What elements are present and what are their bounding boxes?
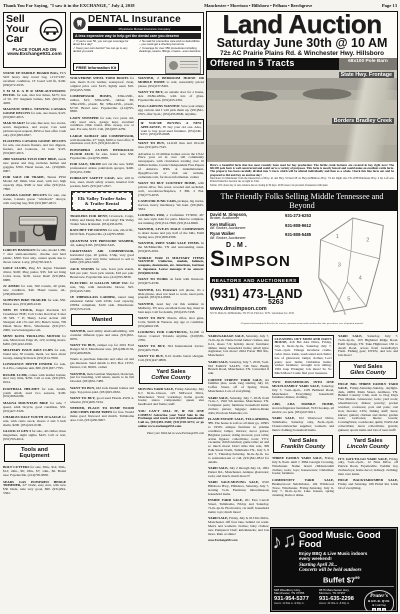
agent-row: Ryan WalkerAff. Broker, Auctioneer931-80… (210, 232, 311, 240)
classified-ad: 9 M M K A H R SEMI-AUTOMATIC PISTOL for … (3, 90, 66, 105)
ad-lead: LOOKING FOR, (138, 213, 165, 217)
tracts-banner: Offered in 5 Tracts 68x100 Pole Barn (207, 58, 397, 70)
auction-datetime: Saturday June 30th @ 10 AM (207, 37, 397, 50)
elk-valley-boxed-ad: Elk Valley Trailer Sales& Trailer Rental (71, 191, 133, 211)
creek-label: Borders Bradley Creek (332, 118, 394, 124)
classified-ad: WANTED, LIVE-IN MALE COMPANION to share … (138, 228, 204, 240)
ad-lead: YARD SALE, (208, 396, 228, 400)
ad-lead: STAND UP PADDLE BOARD BAG, (3, 71, 59, 75)
ad-lead: CRAFTSMAN AIR COMPRESSOR, (70, 249, 134, 253)
masthead-slogan: Thank You For Saying, "I saw it in the E… (3, 3, 135, 8)
classified-column-2: WOLVERINE STEEL TOED BOOTS for sale, men… (70, 12, 134, 612)
section-header-line2: Coffee County (140, 375, 202, 381)
ad-lead: SEARS GAS POWERED HEDGE TRIMMER, (3, 480, 66, 488)
classified-ad: SCHWINN BIKE TRAILER for sale, $50. Elkt… (3, 299, 66, 307)
social-icon-f: f (372, 608, 376, 612)
classified-ad: LAWN SWEEPER for sale, two years old, on… (70, 117, 134, 132)
classified-ad: LOOKING FOR CAR/TRUCK, $1,000 or below. … (138, 331, 204, 343)
ad-lead: WANTED, LG Extravert (138, 288, 177, 292)
classified-ad: YOU CAN'T SELL IT, IF NO ONE COMES! Adve… (138, 410, 204, 429)
svg-text:5: 5 (347, 297, 350, 303)
classified-ad: TWO HOUSEHOLDS INTO ONE MULTI-FAMILY YAR… (272, 381, 334, 400)
ad-lead: YOU CAN'T SELL IT, IF NO ONE COMES! (138, 409, 204, 417)
agent-phone: 931-808-5485 (285, 232, 311, 240)
coverage-areas: Manchester • Morrison • Hillsboro • Pelh… (204, 3, 312, 8)
ad-lead: IF YOU'RE BUYING A NEW APPLIANCE, (141, 121, 202, 129)
section-header: Yard SalesLincoln County (339, 435, 397, 453)
classified-ad: YARD SALE, 102 Westwood Drive, Tullahoma… (272, 417, 334, 432)
classified-ad: Advertise to 10 million homes across the… (138, 153, 204, 180)
ad-lead: WANTED, (70, 372, 86, 376)
classified-ad: RUGER LC380, comes with leather holster,… (3, 374, 66, 386)
agent-phone: 931-273-6253 (285, 213, 311, 221)
farm-photo: State Hwy. Frontage Borders Bradley Cree… (207, 70, 397, 162)
agent-info: Ryan WalkerAff. Broker, Auctioneer (210, 232, 246, 240)
classified-ad: YARD SALE, Saturday, July 7, 2018, 7a.m.… (208, 361, 269, 376)
social-icon-I: I (382, 608, 386, 612)
ad-lead: WANT TO BUY, (70, 343, 96, 347)
ad-lead: BOLT CUTTERS (3, 465, 29, 469)
ad-lead: RATCHET TIE DOWNS (70, 228, 107, 232)
classified-ad: WANT TO BUY, 504 International tractor. … (138, 345, 204, 353)
classified-ad: POWERPRO 2.5-TON HYDRAULIC FLOOR JACK fo… (70, 149, 134, 161)
classified-column-3: WANTED, 2 BEDROOM HOUSE OR MOBILE HOME t… (138, 12, 204, 612)
agent-row: Ken MullicanAff. Broker, Auctioneer931-8… (210, 223, 311, 231)
classified-ad: WANT TO BUY, 8-10 double barrel shotgun.… (138, 355, 204, 363)
ad-lead: YARD SALE, (208, 516, 228, 520)
ad-lead: COFFEE STREET YARD SALE, (208, 378, 262, 382)
classified-ad: LOWRANCE DEPTH FINDER for sale, X-4 Pro,… (3, 363, 66, 371)
section-header: Yard SalesFranklin County (273, 435, 333, 453)
ad-lead: YARD SALE, (272, 416, 295, 420)
ad-lead: WANT TO BUY, (138, 141, 165, 145)
classified-ad: FOR SALE OR TRADE, Taurus PT92 Model AF,… (3, 176, 66, 191)
auction-disclaimer: All printed information believed to be c… (207, 321, 397, 326)
ad-lead: TWO HOUSEHOLDS INTO ONE MULTI-FAMILY YAR… (272, 380, 334, 388)
music-notes-icon: ♪♫ (270, 530, 302, 586)
ad-lead: COMMUNITY YARD SALE, (272, 478, 334, 482)
ad-lead: WANTED, 2 BEDROOM HOUSE OR MOBILE HOME (138, 76, 204, 84)
ad-lead: MOVING YARD SALE, (138, 387, 174, 391)
social-icon-t: t (377, 608, 381, 612)
classified-ad: WANT TO BUY: Pistols, rifles, shot guns,… (138, 317, 204, 329)
classified-ad: WANTED, LG Extravert cell phone, it's a … (138, 289, 204, 301)
classified-ad: IF YOU'RE BUYING A NEW APPLIANCE, I'll b… (138, 119, 204, 139)
classified-ad: MOVING YARD SALE, Friday-Saturday, July … (138, 388, 204, 407)
bbq-ad-subtitle: Enjoy BBQ & Live Music indoors every wee… (299, 551, 379, 561)
agent-title: Broker, Auctioneer (210, 217, 247, 221)
classified-ad: STAND UP PADDLE BOARD BAG, FCS SUP heavy… (3, 72, 66, 87)
ad-lead: 2-BD, 2-BA MOBILE HOME, (272, 402, 334, 406)
section-header: Wanted (71, 314, 133, 326)
agent-list: David M. Simpson,Broker, Auctioneer931-2… (210, 213, 311, 241)
ad-lead: WANT TO BUY COUNTRY HOME, (138, 181, 196, 185)
firm-phone: (931) 473-LAND (210, 288, 311, 301)
ad-lead: ELECTRIC 12 GALLON SHOP VAC (70, 281, 128, 285)
firm-logo-name: SIMPSON (210, 249, 311, 269)
classified-ad: YARD SALE, Saturday, July 7, 7a.m.-2p.m.… (338, 335, 398, 358)
praters-bbq-logo: Prater's BAR-B-QUE & Catering ftI (364, 590, 394, 612)
classified-ad: BOLT CUTTERS for sale, 36in., $14; 30in.… (3, 466, 66, 478)
classified-ad: Place your Word Ad on www.Exchange931.co… (138, 432, 204, 435)
classified-ad: FOOTBALL HELMET for sale, Zenith, youth … (3, 388, 66, 400)
classified-ad: WANT TO BUY, good used Honda 4WD 4-wheel… (70, 397, 134, 405)
ad-lead: CLEANING OUT MOM AND DAD'S HOUSE, (275, 337, 332, 345)
classified-ad: COMPRESSOR HOSES, 3/8in.x50ft., rubber, … (70, 95, 134, 114)
ad-lead: LARGE KOBALT AIR COMPRESSOR, (70, 134, 134, 138)
location-1: 628 Woodbury Hwy, Manchester, TN 37355 9… (274, 589, 319, 612)
ad-lead: FLASH ESTATE SALE, TULLAHOMA, TN. (208, 417, 269, 425)
classified-ad: YARD/GARAGE SALE, Saturday, July 7, 7a.m… (208, 335, 269, 358)
fancy-ad-line: & Trailer Rental (73, 201, 131, 206)
ad-lead: MINN KOTA TROLLING MOTOR (3, 334, 60, 338)
classified-ad: WANTED, 2 BEDROOM HOUSE OR MOBILE HOME t… (138, 77, 204, 89)
classified-ad: WANT TO WORK on farm with livestock. (93… (138, 278, 204, 286)
classified-ad: MAGNUM SHELL NESTING CANADA GOOSE DECOYS… (3, 108, 66, 120)
classified-ad: CHARLES DALY YOUTH 20 GAUGE for sale, wi… (3, 416, 66, 428)
classified-ad: WANTED, male German Shepherd, black/red,… (70, 373, 134, 385)
classified-ad: NEW IN STOCK, Ruger Precision 6.5 Creedm… (3, 309, 66, 332)
ad-lead: YARD SALE, (208, 360, 228, 364)
classified-ad: YARD SALE, Saturday, July 7, 2018, from … (208, 397, 269, 416)
ad-lead: WORLD WAR II MILITARY ITEMS WANTED: (138, 256, 204, 264)
ad-lead: LORCIN HANDGUN (3, 248, 35, 252)
social-icons: ftI (365, 608, 393, 612)
ad-lead: WANTED, LIVE-IN MALE COMPANION (138, 227, 204, 231)
section-header-line2: Equipment (5, 453, 64, 459)
classified-ad: WANT TO BUY, camper top for 2001 Ford Ra… (70, 344, 134, 356)
classified-ad: NEEDED, PLACE TO DUMP WOOD AND CHIPS FRO… (70, 407, 134, 422)
section-header: Yard SalesCoffee County (139, 366, 203, 384)
location-1-hours: Hours: 11:00a.m.-9:00p.m. (274, 602, 319, 605)
classified-ad: MAK 90 AK47 for sale, like new, two stoc… (3, 122, 66, 137)
sell-your-car-title: Sell Your Car (6, 15, 29, 45)
svg-text:2: 2 (366, 238, 369, 244)
ad-lead: YARD SALE-MOVING SALE, (208, 480, 259, 484)
agent-title: Aff. Broker, Auctioneer (210, 237, 246, 241)
frontage-label: State Hwy. Frontage (339, 72, 394, 78)
classified-ad: Wants to purchase minerals and other oil… (70, 358, 134, 370)
classified-ad: IT'S GOT-TO-GO YARD SALE, Friday only, 7… (338, 458, 398, 477)
classified-column-4: YARD/GARAGE SALE, Saturday, July 7, 7a.m… (208, 335, 269, 612)
ad-lead: MAK 90 AK47 (3, 121, 25, 125)
auction-directions: Directions: In Manchester from the inter… (207, 177, 397, 184)
ad-lead: COMPRESSOR HOSES, (70, 94, 112, 98)
ad-lead: YARD SALE, (208, 466, 228, 470)
section-header: Tools andEquipment (4, 444, 65, 462)
classified-ad: FLASH ESTATE SALE, TULLAHOMA, TN. The ho… (208, 418, 269, 464)
classified-ad: YARD SALE, Friday, July 6, 613 Iris Driv… (208, 517, 269, 536)
ad-lead: JACK STANDS (70, 267, 94, 271)
agent-info: Ken MullicanAff. Broker, Auctioneer (210, 223, 246, 231)
ad-lead: WANT TO BUY, (70, 396, 95, 400)
classified-ad: LOOKING FOR, a Craftsman TT3000, 46" cut… (138, 214, 204, 226)
agent-phone: 931-808-9612 (285, 223, 311, 231)
ad-lead: FLOATING CANADA GOOSE DECOYS (3, 139, 66, 143)
classified-ad: WORLD WAR II MILITARY ITEMS WANTED: Unif… (138, 257, 204, 276)
page-number: Page 13 (382, 3, 397, 8)
section-header-line2: Franklin County (274, 444, 332, 450)
sell-your-car-url: www.Exchange931.com (6, 52, 63, 57)
classified-ad: 22 AMMO for sale, 500 rounds, 40 grain, … (3, 285, 66, 297)
logo-catering: & Catering (365, 603, 393, 607)
ad-lead: MAGNUM SHELL NESTING CANADA GOOSE DECOYS (3, 107, 66, 115)
classified-ad: WANT TO BUY, Old Jack Daniel bottles and… (70, 387, 134, 395)
ad-lead: IT'S GOT-TO-GO YARD SALE, (338, 457, 388, 461)
sell-your-car-ad: Sell Your Car PLACE YOUR AD ON www.Excha… (3, 12, 66, 68)
svg-text:3: 3 (338, 262, 341, 268)
ad-lead: YARD SALE, (338, 335, 362, 338)
classified-ad: FLOATING CANADA GOOSE DECOYS for sale, o… (3, 140, 66, 155)
buffet-label: Buffet (323, 575, 347, 584)
buffet-dollars: $7 (347, 575, 355, 584)
classified-ad: TRAILERS FOR RENT, Livestock, Cargo, Uti… (70, 215, 134, 227)
classified-ad: CRAFTSMAN AIR COMPRESSOR, horizontal typ… (70, 250, 134, 265)
classified-ad: INSIDE YARD SALE, 201 East Carroll Stree… (208, 499, 269, 514)
ad-lead: WANTED, (138, 302, 154, 306)
ad-lead: THREE FAMILY YARD SALE, (272, 456, 323, 460)
classified-ad: FOR SALE, MK100 wet cut tile saw, $450; … (70, 163, 134, 175)
classified-ad: GOLF CLUBS, Ping 8.5 degree Titanium dri… (3, 267, 66, 282)
classified-ad: www.Exchange931.com (208, 539, 269, 542)
ad-lead: GLOCK 22 GEN 3 (3, 429, 31, 433)
ad-lead: NEW IN STOCK, (3, 308, 33, 312)
classified-ad: JACK STANDS for sale, 6-ton jack stands,… (70, 268, 134, 280)
classified-ad: CLEANING OUT MOM AND DAD'S HOUSE, 416 Be… (272, 335, 334, 378)
location-1-address: 628 Woodbury Hwy, Manchester, TN 37355 (274, 589, 319, 596)
ad-lead: INSIDE YARD SALE, (208, 498, 243, 502)
agent-info: David M. Simpson,Broker, Auctioneer (210, 213, 247, 221)
ad-lead: SCHWINN BIKE TRAILER (3, 298, 46, 302)
classified-ad: HUGE BACKYARD/SHED SALE, Friday and Satu… (338, 479, 398, 491)
ad-lead: WANTED, (70, 329, 86, 333)
classified-ad: COFFEE STREET YARD SALE, six families pl… (208, 379, 269, 394)
ad-lead: HUGE BIG THREE FAMILY YARD SALE, (338, 382, 398, 390)
classified-ad: SEARS GAS POWERED HEDGE TRIMMER, 22" bla… (3, 481, 66, 496)
classified-ad: MILITARY ISSUE AR15 CLIPS for sale, bran… (3, 349, 66, 361)
svg-text:1: 1 (336, 234, 339, 240)
classified-ad: WOLVERINE STEEL TOED BOOTS for sale, men… (70, 77, 134, 92)
ad-lead: WANT TO BUY, (138, 344, 165, 348)
agent-row: David M. Simpson,Broker, Auctioneer931-2… (210, 213, 311, 221)
classified-ad: FORKLIFT SAFETY CAGE, new, still in box,… (70, 177, 134, 189)
tract-map: 1 2 3 4 5 (311, 213, 394, 321)
ad-lead: TRAILERS FOR RENT, (70, 214, 108, 218)
ad-lead: FOR SALE, MK100 (70, 162, 101, 166)
page-header: Thank You For Saying, "I saw it in the E… (3, 1, 397, 10)
auction-description: Here's a beautiful farm that has most re… (207, 162, 397, 177)
classified-ad: WANT TO BUY, an outside door for a house… (138, 91, 204, 103)
ad-lead: YARD/GARAGE SALE, (208, 335, 245, 338)
bbq-ad-title: Good Music. Good Food (299, 531, 394, 549)
classified-ad: LARGE KOBALT AIR COMPRESSOR, wall mounta… (70, 135, 134, 147)
car-icon (39, 18, 63, 42)
ad-lead: NEEDED, PLACE TO DUMP WOOD AND CHIPS FRO… (70, 406, 134, 414)
ad-lead: EGG CARTONS WANTED: (138, 104, 180, 108)
classified-ad: EGG CARTONS WANTED: Save your empty egg … (138, 105, 204, 117)
ad-lead: WANT TO BUY: (138, 316, 165, 320)
ad-lead: CASH FOR JUNK CARS, (138, 199, 177, 203)
ad-lead: MILITARY ISSUE AR15 CLIPS (3, 348, 53, 352)
newspaper-page: Thank You For Saying, "I saw it in the E… (0, 0, 400, 614)
section-header-line2: Giles County (340, 370, 396, 376)
bbq-ad-concerts: Starting April 28... Concerts will be he… (299, 563, 394, 573)
classified-ad: LORCIN HANDGUN for sale, model L380, 7 s… (3, 249, 66, 264)
firm-address: 301 W. Main St. McMinnville, TN 37110. F… (210, 312, 311, 315)
section-header-line2: Lincoln County (340, 444, 396, 450)
ad-lead: MAGNA MOUNTAIN BIKE (3, 401, 48, 405)
ad-lead: LOOKING FOR CAR/TRUCK, (138, 330, 188, 334)
classified-ad: HUGE BIG THREE FAMILY YARD SALE, Friday-… (338, 383, 398, 433)
ad-lead: 2000 YAMAHA TZ125 DIRT BIKE, (3, 157, 57, 161)
firm-website: www.dmsimpson.com (210, 306, 311, 312)
pole-barn-label: 68x100 Pole Barn (339, 58, 397, 70)
classified-ad: WANTED, FREE YARD SALE ITEMS. In the McM… (138, 242, 204, 254)
classified-ad: ELECTRIC 12 GALLON SHOP VAC for sale, 5h… (70, 282, 134, 294)
bbq-restaurant-ad: ♪♫ Good Music. Good Food Enjoy BBQ & Liv… (270, 527, 398, 612)
buffet-cents: 99 (355, 575, 359, 580)
ad-lead: FOOTBALL HELMET (3, 387, 39, 391)
ad-lead: FOR SALE OR TRADE, (3, 175, 45, 179)
ad-lead: GOLF CLUBS, (3, 266, 27, 270)
ad-lead: CANADA GOOSE DECOYS (3, 193, 47, 197)
ad-lead: WANT TO BUY, (138, 90, 163, 94)
firm-tagline: The Friendly Folks Selling Middle Tennes… (207, 190, 397, 211)
location-2-hours: Hours: 10:30a.m.-8:30p.m. (319, 602, 364, 605)
ad-lead: RUGER LC380, (3, 373, 27, 377)
classified-ad: 2000 YAMAHA TZ125 DIRT BIKE, needs new p… (3, 158, 66, 173)
ad-lead: WOLVERINE STEEL TOED BOOTS (70, 76, 128, 80)
classified-ad: QUANTUM XTE PRESSURE WASHER, 4.0, asking… (70, 240, 134, 248)
section-header: Yard SalesGiles County (339, 361, 397, 379)
classified-column-6: YARD SALE, Saturday, July 7, 7a.m.-2p.m.… (338, 335, 398, 524)
classified-ad: RATCHET TIE DOWNS for sale, 2in.x15ft., … (70, 229, 134, 237)
section-header-line1: Wanted (72, 317, 132, 323)
classified-ad: YARD SALE-MOVING SALE, 6310 Hillsboro Hw… (208, 481, 269, 496)
classified-ad: GLOCK 22 GEN 3 for sale, .40 caliber, th… (3, 430, 66, 442)
classified-ad: CASH FOR JUNK CARS, pickups, big trucks,… (138, 200, 204, 212)
location-2-address: 9576 Manchester Hwy, Morrison, TN 37357 (319, 589, 364, 596)
auction-location: 72± AC Prairie Plains Rd. & Winchester H… (207, 50, 397, 57)
classified-column-1: Sell Your Car PLACE YOUR AD ON www.Excha… (3, 12, 66, 612)
firm-logo-bar: REALTORS AND AUCTIONEERS (210, 277, 299, 283)
ad-lead: 18' FIBERGLASS LADDER, (70, 295, 116, 299)
ad-lead: WANT TO WORK (138, 277, 168, 281)
ad-lead: POWERPRO 2.5-TON HYDRAULIC FLOOR JACK (70, 148, 134, 156)
ad-lead: CHARLES DALY YOUTH 20 GAUGE (3, 415, 61, 419)
location-2: 9576 Manchester Hwy, Morrison, TN 37357 … (319, 589, 364, 612)
ad-lead: LAWN SWEEPER (70, 116, 99, 120)
classified-ad: 18' FIBERGLASS LADDER, round rung extens… (70, 296, 134, 311)
ad-lead: LOWRANCE DEPTH FINDER (3, 362, 52, 366)
classified-ad: COMMUNITY YARD SALE, Heatherwood Subdivi… (272, 479, 334, 498)
ad-lead: 22 AMMO (3, 284, 20, 288)
ad-lead: WANTED, FREE YARD SALE ITEMS. (138, 241, 200, 245)
ad-lead: HUGE BACKYARD/SHED SALE, (338, 478, 398, 482)
ad-lead: FORKLIFT SAFETY CAGE, (70, 176, 115, 180)
ad-lead: WANT TO BUY, (70, 386, 95, 390)
classified-ad: WANT TO BUY COUNTRY HOME, with private d… (138, 182, 204, 197)
classified-ad: 2-BD, 2-BA MOBILE HOME, stove/refrigerat… (272, 403, 334, 415)
classified-ad: WANTED, need hay cut this summer in Mulb… (138, 303, 204, 315)
classified-ad: MINN KOTA TROLLING MOTOR for sale, Minn … (3, 335, 66, 347)
classified-ad: YARD SALE, July 2 through July 14, 1861 … (208, 467, 269, 479)
classified-ad: MAGNA MOUNTAIN BIKE for sale, 7 speed, a… (3, 402, 66, 414)
tracts-label: Offered in 5 Tracts (207, 58, 339, 70)
classified-ad: THREE FAMILY YARD SALE, Friday, July 6, … (272, 457, 334, 476)
lorcin-handgun-photo (3, 208, 66, 246)
land-auction-title: Land Auction (207, 12, 397, 37)
agent-title: Aff. Broker, Auctioneer (210, 227, 246, 231)
buffet-price: Buffet $799 (323, 575, 394, 585)
classified-column-5: CLEANING OUT MOM AND DAD'S HOUSE, 416 Be… (272, 335, 334, 524)
classified-ad: CANADA GOOSE DECOYS for sale, one dozen,… (3, 194, 66, 206)
ad-lead: 9 M M K A H R SEMI-AUTOMATIC PISTOL (3, 89, 66, 97)
classified-ad: WANT TO BUY, 14.9-28 tires and 18.4-26 t… (138, 142, 204, 150)
ad-lead: WANT TO BUY, (138, 354, 164, 358)
classified-ad: WANTED, used utility shed/outbuilding, w… (70, 330, 134, 342)
auction-terms: Terms: 10% down day of sale, balance due… (207, 184, 397, 188)
svg-text:4: 4 (359, 276, 362, 282)
ad-lead: QUANTUM XTE PRESSURE WASHER, (70, 239, 134, 243)
land-auction-ad: Land Auction Saturday June 30th @ 10 AM … (206, 11, 398, 332)
